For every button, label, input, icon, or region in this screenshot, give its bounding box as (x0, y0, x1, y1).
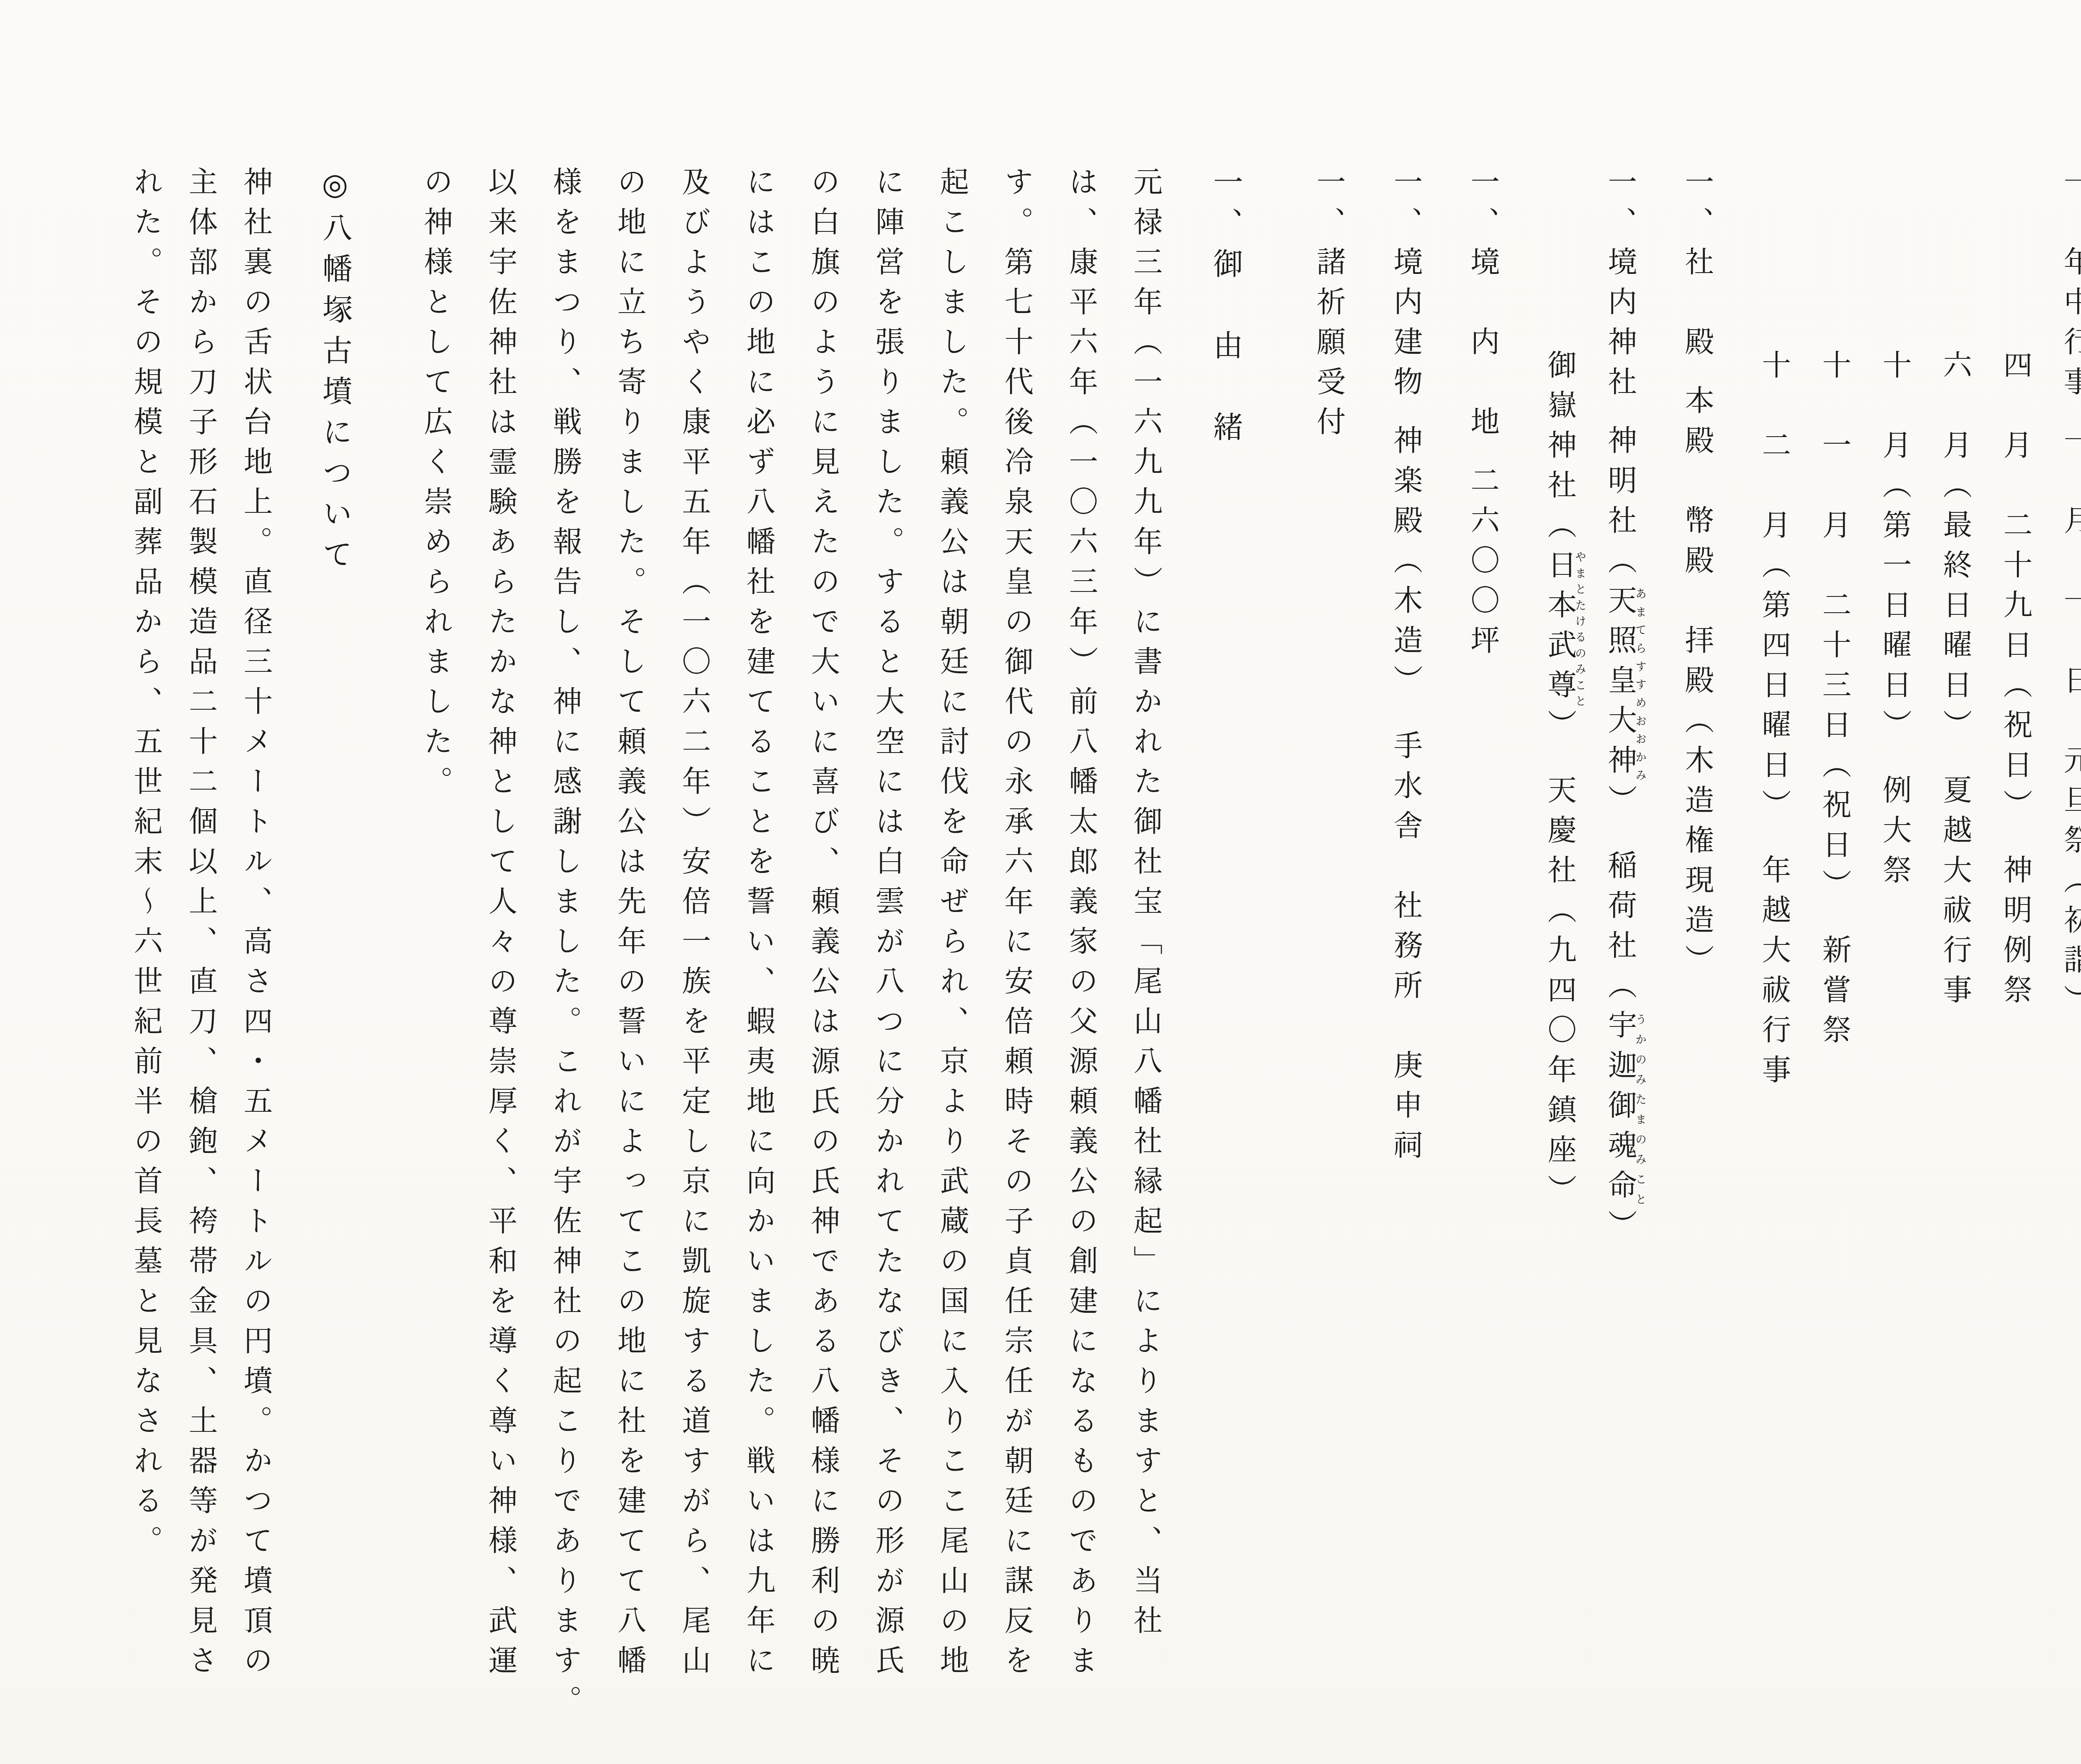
item-label: 一、諸祈願受付 (1312, 166, 1344, 446)
furigana-ruby: 宇迦御魂命うかのみたまのみこと (1604, 1010, 1636, 1210)
yuisho-body-text: 元禄三年（一六九九年）に書かれた御社宝「尾山八幡社縁起」によりますと、当社 は、… (403, 166, 1177, 1739)
furigana-ruby: 天照皇大神あまてらすすめおおかみ (1604, 585, 1636, 785)
shrine-info-item: 一、境内神社神明社（天照皇大神あまてらすすめおおかみ） 稲荷社（宇迦御魂命うかの… (1529, 166, 1650, 1739)
document-sheet: 宇佐神社御由緒 一、鎮 座 地東京都世田谷区尾山台二丁目十一番三号一、御 祭 神… (0, 0, 2081, 1764)
shrine-info-item: 一、境 内 地二六〇〇坪 (1452, 166, 1512, 1739)
shrine-info-item: 一、境内建物神楽殿（木造） 手水舎 社務所 庚申祠 (1375, 166, 1435, 1739)
item-label: 一、境 内 地 (1466, 166, 1498, 446)
item-label: 一、年中行事 (2059, 166, 2081, 406)
item-content: 神明社（天照皇大神あまてらすすめおおかみ） 稲荷社（宇迦御魂命うかのみたまのみこ… (1543, 350, 1636, 1250)
shrine-info-list: 一、鎮 座 地東京都世田谷区尾山台二丁目十一番三号一、御 祭 神誉田別尊ほんだわ… (1298, 166, 2081, 1739)
section-heading-kofun: ◎八幡塚古墳について (299, 166, 370, 1739)
section-heading-yuisho: 一、御 由 緒 (1190, 166, 1261, 1739)
item-content: 一 月 一 日 元旦祭（初詣）四 月 二十九日（祝日） 神明例祭六 月（最終日曜… (1758, 350, 2081, 1094)
item-content: 二六〇〇坪 (1466, 465, 1498, 665)
furigana-ruby: 日本武尊やまとたけるのみこと (1543, 549, 1575, 709)
item-label: 一、社 殿 (1681, 166, 1713, 366)
scanned-document-page: 宇佐神社御由緒 一、鎮 座 地東京都世田谷区尾山台二丁目十一番三号一、御 祭 神… (0, 0, 2081, 1764)
shrine-info-item: 一、社 殿本殿 幣殿 拝殿（木造権現造） (1666, 166, 1727, 1739)
item-label: 一、境内建物 (1389, 166, 1421, 406)
item-content: 本殿 幣殿 拝殿（木造権現造） (1681, 385, 1713, 984)
kofun-body-text: 神社裏の舌状台地上。直径三十メートル、高さ四・五メートルの円墳。かつて墳頂の 主… (118, 166, 283, 1739)
item-content: 神楽殿（木造） 手水舎 社務所 庚申祠 (1389, 425, 1421, 1170)
shrine-info-item: 一、年中行事一 月 一 日 元旦祭（初詣）四 月 二十九日（祝日） 神明例祭六 … (1743, 166, 2081, 1739)
item-label: 一、境内神社 (1604, 166, 1636, 406)
shrine-info-item: 一、諸祈願受付 (1298, 166, 1358, 1739)
